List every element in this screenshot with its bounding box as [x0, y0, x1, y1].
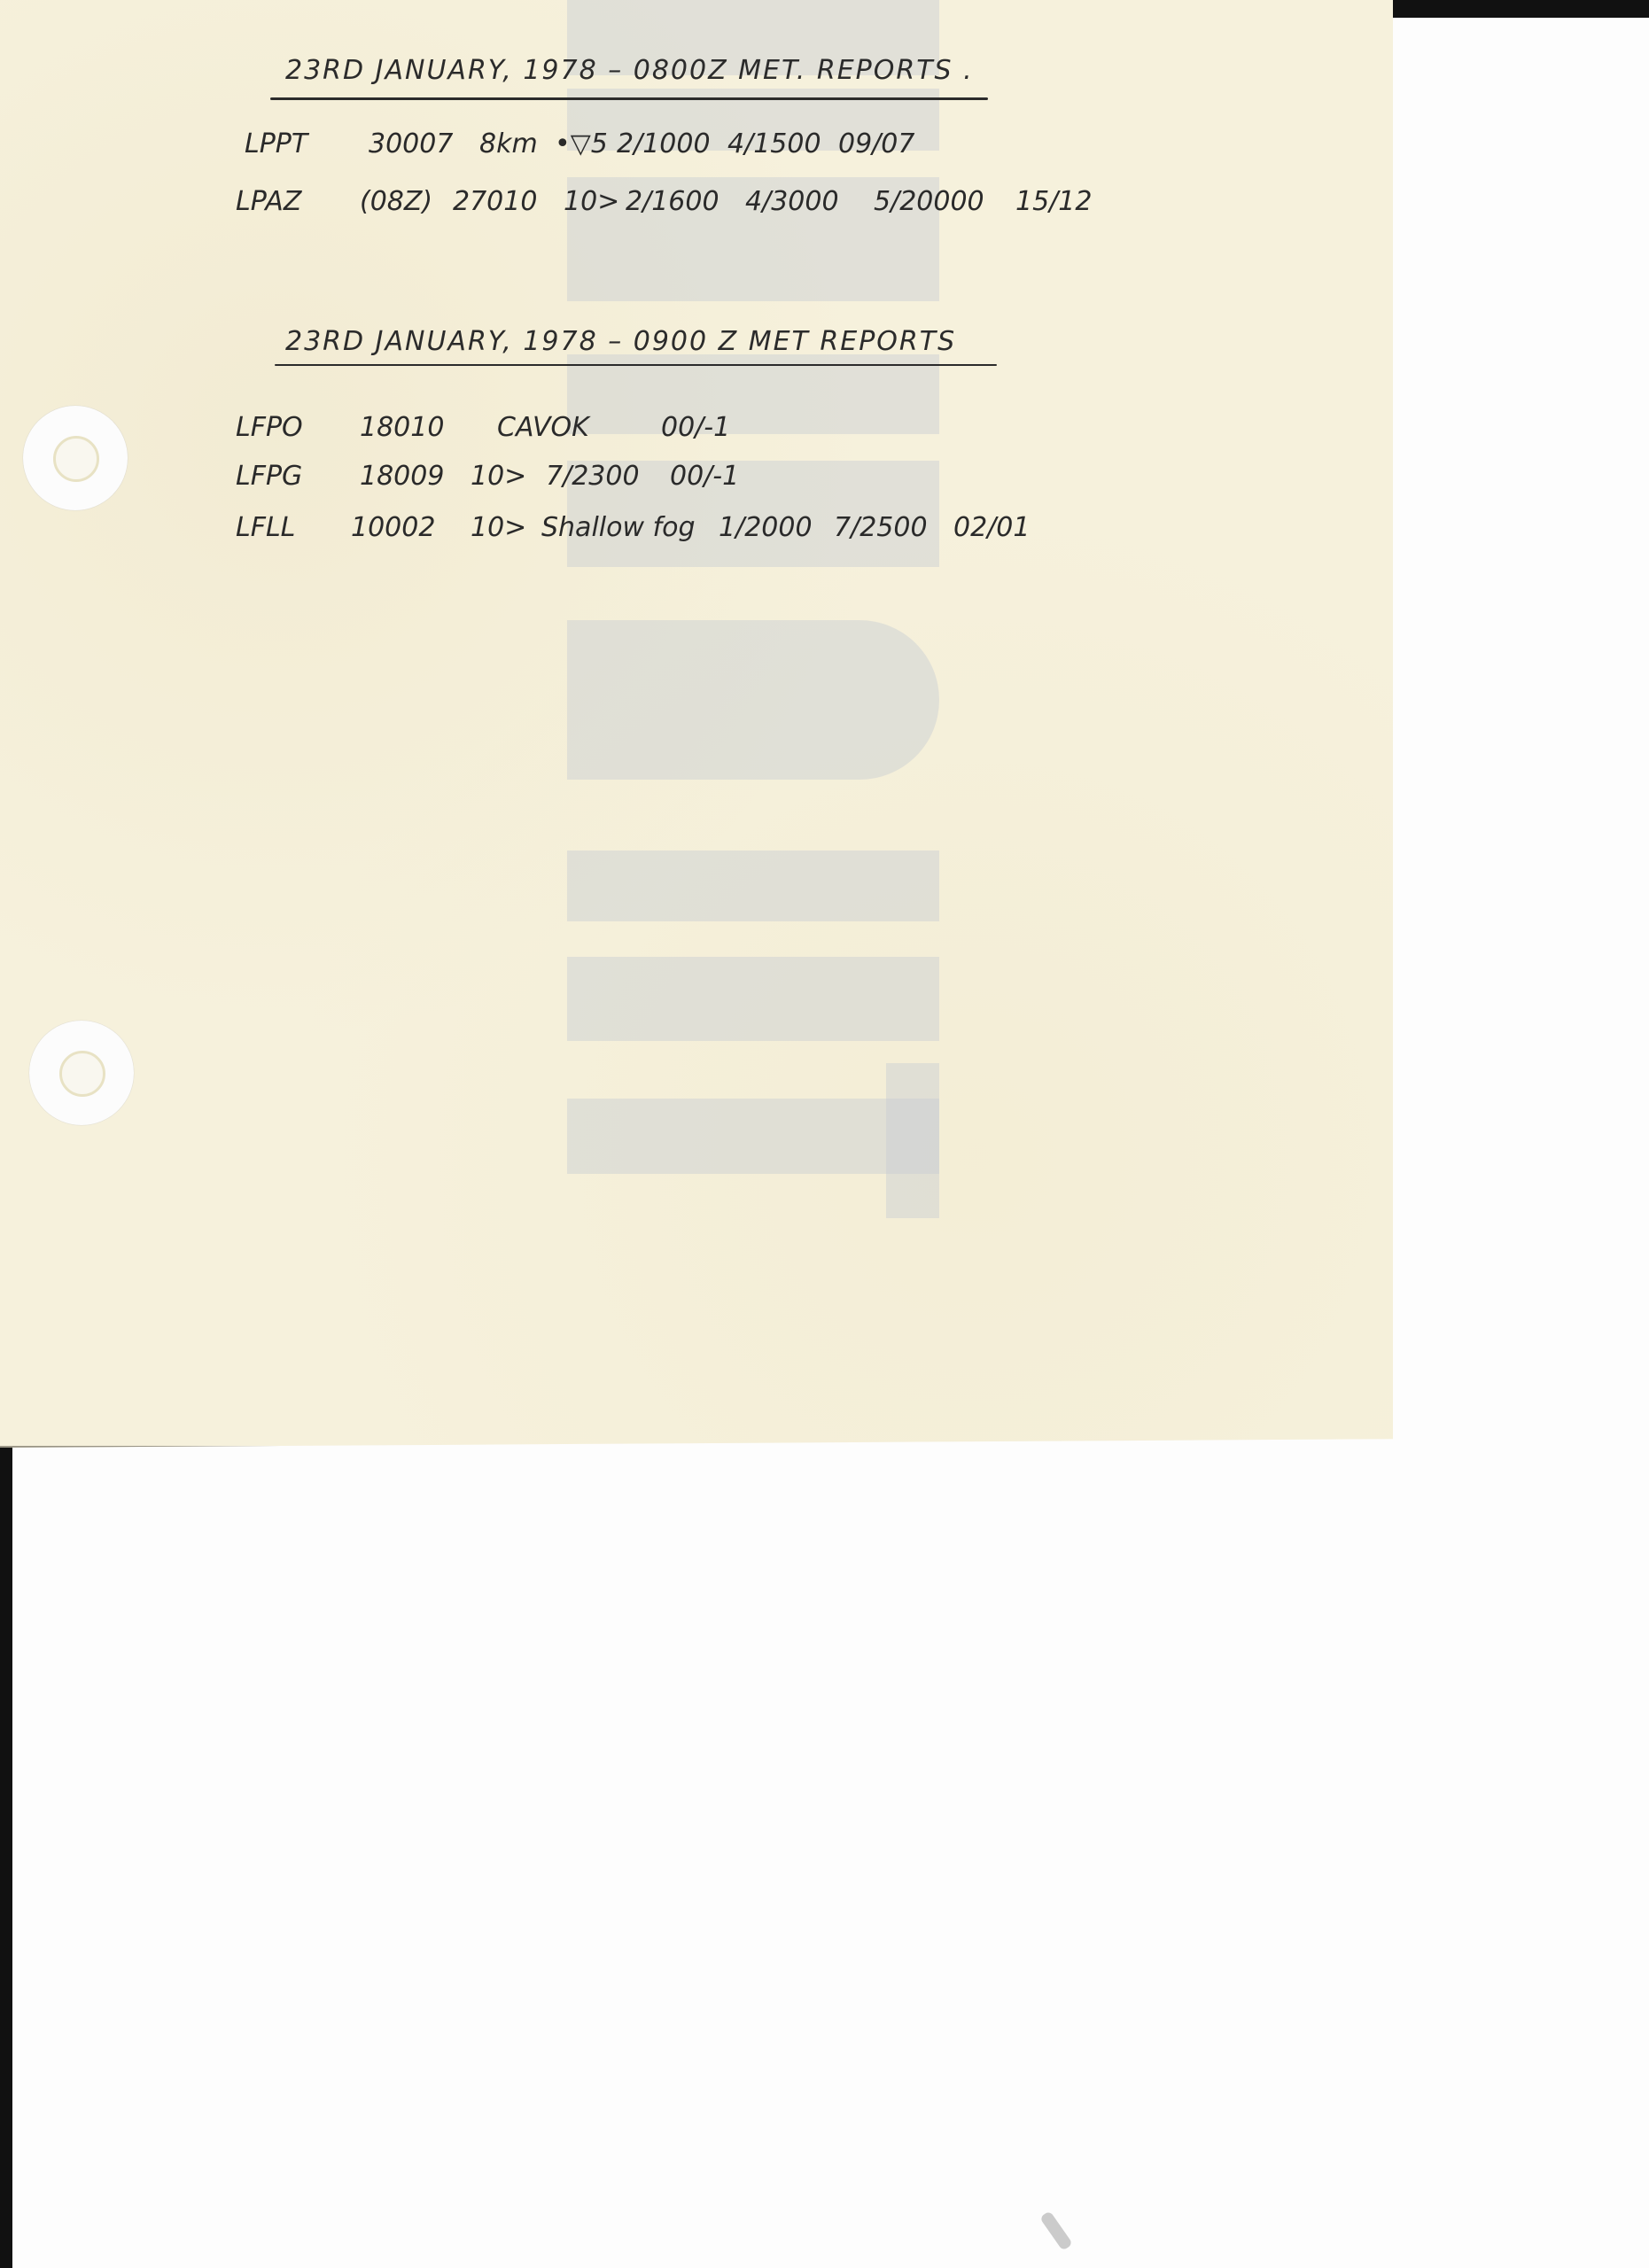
wind: 27010 [453, 186, 564, 217]
watermark-three [567, 0, 939, 1223]
report-row: LPPT 30007 8km •▽5 2/1000 4/1500 09/07 [245, 128, 914, 159]
paper-sheet: 23RD JANUARY, 1978 – 0800Z MET. REPORTS … [0, 0, 1393, 1448]
temp-dewpoint: 00/-1 [670, 461, 739, 492]
station-code: LPPT [245, 128, 369, 159]
reinforcement-ring-icon [29, 1021, 134, 1125]
station-code: LFLL [236, 512, 351, 543]
station-code: LFPG [236, 461, 360, 492]
temp-dewpoint: 00/-1 [661, 412, 730, 443]
temp-dewpoint: 09/07 [838, 128, 914, 159]
weather: CAVOK [497, 412, 661, 443]
cloud: 4/3000 [745, 186, 874, 217]
cloud: 1/2000 [719, 512, 834, 543]
wind: 18010 [360, 412, 497, 443]
obs-time: (08Z) [360, 186, 453, 217]
section-heading-0900z: 23RD JANUARY, 1978 – 0900 Z MET REPORTS [285, 326, 956, 357]
cloud: 5/20000 [874, 186, 1015, 217]
report-row: LPAZ (08Z) 27010 10> 2/1600 4/3000 5/200… [236, 186, 1092, 217]
scanner-edge-left [0, 1444, 12, 2268]
wind: 18009 [360, 461, 471, 492]
temp-dewpoint: 15/12 [1015, 186, 1092, 217]
visibility: 10> [564, 186, 626, 217]
cloud: 7/2300 [546, 461, 670, 492]
reinforcement-ring-icon [23, 406, 128, 510]
cloud: 4/1500 [727, 128, 838, 159]
visibility: 10> [471, 461, 546, 492]
wind: 30007 [369, 128, 479, 159]
heading-underline [270, 97, 988, 100]
weather: Shallow fog [541, 512, 719, 543]
visibility: 8km [479, 128, 555, 159]
cloud: 7/2500 [834, 512, 953, 543]
station-code: LFPO [236, 412, 360, 443]
cloud: 2/1600 [626, 186, 745, 217]
visibility: 10> [471, 512, 541, 543]
wind: 10002 [351, 512, 471, 543]
scanner-edge-top [1391, 0, 1649, 18]
station-code: LPAZ [236, 186, 360, 217]
cloud: 2/1000 [617, 128, 727, 159]
section-heading-0800z: 23RD JANUARY, 1978 – 0800Z MET. REPORTS … [285, 55, 974, 86]
heading-underline [275, 364, 997, 366]
report-row: LFPG 18009 10> 7/2300 00/-1 [236, 461, 739, 492]
report-row: LFPO 18010 CAVOK 00/-1 [236, 412, 730, 443]
report-row: LFLL 10002 10> Shallow fog 1/2000 7/2500… [236, 512, 1030, 543]
temp-dewpoint: 02/01 [953, 512, 1030, 543]
weather: •▽5 [555, 128, 617, 159]
